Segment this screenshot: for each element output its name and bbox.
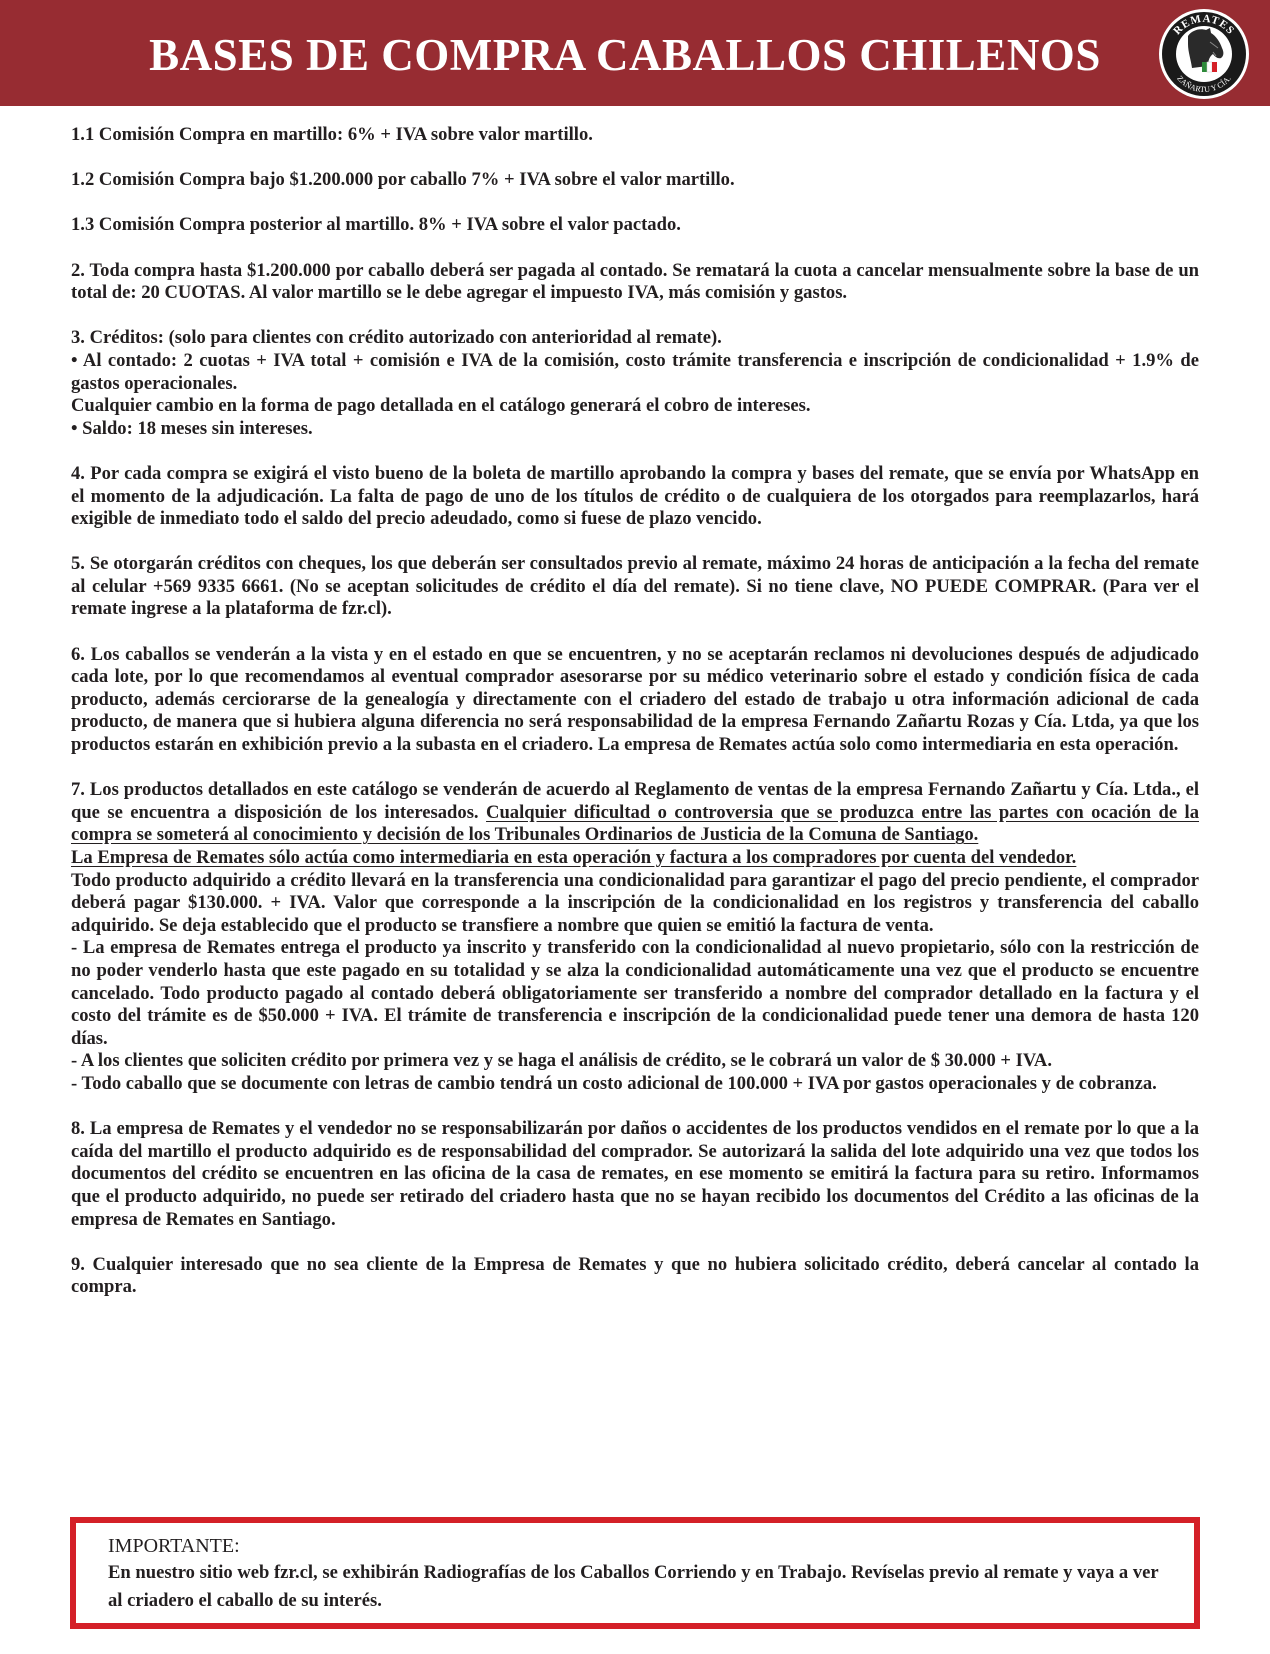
clause-7-analisis: - A los clientes que soliciten crédito p… (71, 1050, 1199, 1073)
clause-9: 9. Cualquier interesado que no sea clien… (71, 1254, 1199, 1299)
clause-2: 2. Toda compra hasta $1.200.000 por caba… (71, 260, 1199, 305)
clause-1-1: 1.1 Comisión Compra en martillo: 6% + IV… (71, 124, 1199, 147)
remates-zanartu-logo-icon: REMATES ZAÑARTU Y CÍA. (1158, 8, 1250, 100)
important-title: IMPORTANTE: (108, 1533, 1164, 1559)
clause-7-first: 7. Los productos detallados en este catá… (71, 779, 1199, 847)
document-body: 1.1 Comisión Compra en martillo: 6% + IV… (71, 124, 1199, 1321)
clause-6: 6. Los caballos se venderán a la vista y… (71, 644, 1199, 757)
important-notice-box: IMPORTANTE: En nuestro sitio web fzr.cl,… (70, 1517, 1200, 1629)
clause-8: 8. La empresa de Remates y el vendedor n… (71, 1118, 1199, 1231)
clause-1-3: 1.3 Comisión Compra posterior al martill… (71, 214, 1199, 237)
clause-3-cambio: Cualquier cambio en la forma de pago det… (71, 395, 1199, 418)
clause-3: 3. Créditos: (solo para clientes con cré… (71, 327, 1199, 440)
clause-3-contado: • Al contado: 2 cuotas + IVA total + com… (71, 350, 1199, 395)
clause-4: 4. Por cada compra se exigirá el visto b… (71, 463, 1199, 531)
clause-1-2: 1.2 Comisión Compra bajo $1.200.000 por … (71, 169, 1199, 192)
clause-7-entrega: - La empresa de Remates entrega el produ… (71, 937, 1199, 1050)
header-banner: BASES DE COMPRA CABALLOS CHILENOS REMATE… (0, 0, 1270, 106)
clause-3-saldo: • Saldo: 18 meses sin intereses. (71, 418, 1199, 441)
clause-7-credito: Todo producto adquirido a crédito llevar… (71, 870, 1199, 938)
important-text: En nuestro sitio web fzr.cl, se exhibirá… (108, 1559, 1164, 1615)
clause-7-letras: - Todo caballo que se documente con letr… (71, 1073, 1199, 1096)
clause-7-intermediary: La Empresa de Remates sólo actúa como in… (71, 847, 1199, 870)
clause-3-intro: 3. Créditos: (solo para clientes con cré… (71, 327, 1199, 350)
clause-7: 7. Los productos detallados en este catá… (71, 779, 1199, 1095)
clause-5: 5. Se otorgarán créditos con cheques, lo… (71, 553, 1199, 621)
page-title: BASES DE COMPRA CABALLOS CHILENOS (0, 28, 1270, 82)
